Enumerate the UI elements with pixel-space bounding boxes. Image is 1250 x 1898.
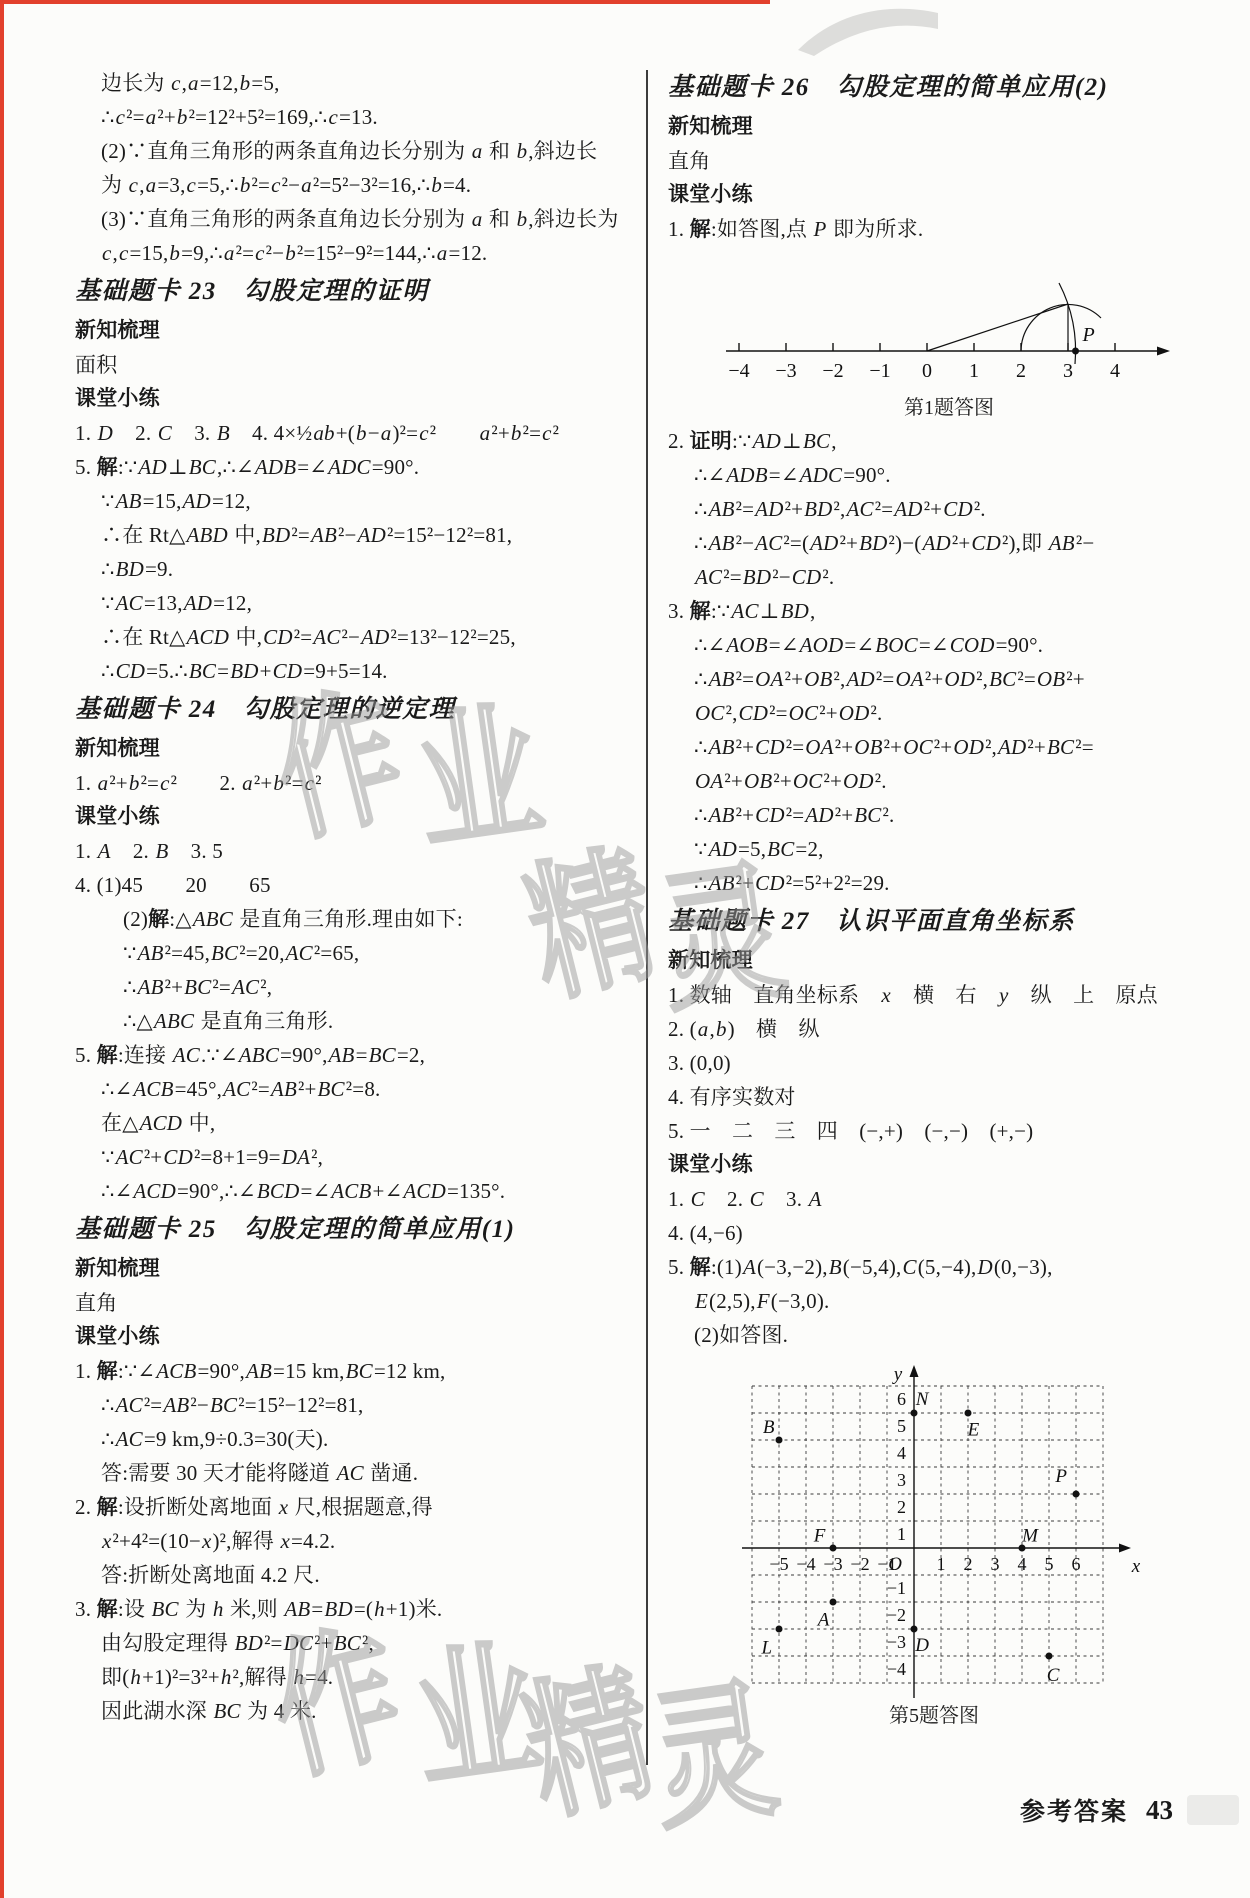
subsection-header: 课堂小练 — [668, 178, 1150, 212]
section-header: 基础题卡 23 勾股定理的证明 — [75, 270, 640, 314]
numberline-figure: −4−3−2−101234P第1题答图 — [714, 246, 1150, 422]
text-line: 由勾股定理得 BD²=DC²+BC², — [75, 1626, 640, 1660]
svg-text:D: D — [914, 1635, 929, 1656]
page-number: 43 — [1146, 1795, 1173, 1826]
text-line: 2. 解:设折断处离地面 x 尺,根据题意,得 — [75, 1490, 640, 1524]
svg-text:−4: −4 — [796, 1554, 815, 1574]
text-line: c,c=15,b=9,∴a²=c²−b²=15²−9²=144,∴a=12. — [75, 236, 640, 270]
svg-text:E: E — [967, 1420, 980, 1441]
text-line: 4. (1)45 20 65 — [75, 868, 640, 902]
text-line: ∵AB=15,AD=12, — [75, 484, 640, 518]
text-line: OC²,CD²=OC²+OD². — [668, 696, 1150, 730]
svg-text:L: L — [761, 1637, 773, 1658]
text-line: (2)解:△ABC 是直角三角形.理由如下: — [75, 902, 640, 936]
text-line: 直角 — [668, 144, 1150, 178]
svg-text:−3: −3 — [823, 1554, 842, 1574]
svg-text:3: 3 — [1063, 360, 1073, 382]
text-line: ∴AB²−AC²=(AD²+BD²)−(AD²+CD²),即 AB²− — [668, 526, 1150, 560]
svg-text:−4: −4 — [728, 360, 749, 382]
section-header: 基础题卡 24 勾股定理的逆定理 — [75, 688, 640, 732]
svg-text:4: 4 — [897, 1443, 906, 1463]
svg-text:4: 4 — [1018, 1554, 1027, 1574]
text-line: ∴CD=5.∴BC=BD+CD=9+5=14. — [75, 654, 640, 688]
text-line: ∴AB²=AD²+BD²,AC²=AD²+CD². — [668, 492, 1150, 526]
text-line: 1. 解:如答图,点 P 即为所求. — [668, 212, 1150, 246]
subsection-header: 课堂小练 — [75, 800, 640, 834]
text-line: 1. 解:∵∠ACB=90°,AB=15 km,BC=12 km, — [75, 1354, 640, 1388]
svg-text:2: 2 — [897, 1497, 906, 1517]
point-L — [776, 1626, 783, 1633]
text-line: 4. 有序实数对 — [668, 1080, 1150, 1114]
text-line: ∴c²=a²+b²=12²+5²=169,∴c=13. — [75, 100, 640, 134]
text-line: (2)∵直角三角形的两条直角边长分别为 a 和 b,斜边长 — [75, 134, 640, 168]
subsection-header: 新知梳理 — [75, 732, 640, 766]
svg-text:x: x — [1131, 1556, 1141, 1577]
svg-text:3: 3 — [991, 1554, 1000, 1574]
text-line: ∴∠AOB=∠AOD=∠BOC=∠COD=90°. — [668, 628, 1150, 662]
text-line: 3. 解:∵AC⊥BD, — [668, 594, 1150, 628]
text-line: 5. 解:连接 AC.∵∠ABC=90°,AB=BC=2, — [75, 1038, 640, 1072]
text-line: ∴∠ADB=∠ADC=90°. — [668, 458, 1150, 492]
footer-label: 参考答案 — [1020, 1792, 1128, 1828]
text-line: 5. 解:∵AD⊥BC,∴∠ADB=∠ADC=90°. — [75, 450, 640, 484]
point-F — [830, 1545, 837, 1552]
subsection-header: 新知梳理 — [75, 314, 640, 348]
text-line: 5. 解:(1)A(−3,−2),B(−5,4),C(5,−4),D(0,−3)… — [668, 1250, 1150, 1284]
subsection-header: 新知梳理 — [668, 944, 1150, 978]
text-line: 即(h+1)²=3²+h²,解得 h=4. — [75, 1660, 640, 1694]
workbook-answer-page: { "footer": {"label": "参考答案", "page": "4… — [0, 0, 1250, 1898]
text-line: 5. 一 二 三 四 (−,+) (−,−) (+,−) — [668, 1114, 1150, 1148]
text-line: ∴AC²=AB²−BC²=15²−12²=81, — [75, 1388, 640, 1422]
text-line: 因此湖水深 BC 为 4 米. — [75, 1694, 640, 1728]
svg-text:O: O — [888, 1554, 902, 1575]
text-line: 2. (a,b) 横 纵 — [668, 1012, 1150, 1046]
text-line: 1. A 2. B 3. 5 — [75, 834, 640, 868]
text-line: 答:需要 30 天才能将隧道 AC 凿通. — [75, 1456, 640, 1490]
text-line: ∴∠ACD=90°,∴∠BCD=∠ACB+∠ACD=135°. — [75, 1174, 640, 1208]
svg-text:2: 2 — [964, 1554, 973, 1574]
subsection-header: 课堂小练 — [75, 382, 640, 416]
svg-text:y: y — [892, 1364, 903, 1385]
svg-text:5: 5 — [1045, 1554, 1054, 1574]
svg-text:−2: −2 — [822, 360, 843, 382]
svg-text:−2: −2 — [850, 1554, 869, 1574]
text-line: x²+4²=(10−x)²,解得 x=4.2. — [75, 1524, 640, 1558]
text-line: ∵AD=5,BC=2, — [668, 832, 1150, 866]
text-line: 2. 证明:∵AD⊥BC, — [668, 424, 1150, 458]
point-D — [911, 1626, 918, 1633]
svg-text:4: 4 — [1110, 360, 1120, 382]
svg-text:−5: −5 — [769, 1554, 788, 1574]
text-line: ∴AB²+CD²=5²+2²=29. — [668, 866, 1150, 900]
section-header: 基础题卡 26 勾股定理的简单应用(2) — [668, 66, 1150, 110]
left-column: 边长为 c,a=12,b=5,∴c²=a²+b²=12²+5²=169,∴c=1… — [75, 66, 640, 1728]
text-line: E(2,5),F(−3,0). — [668, 1284, 1150, 1318]
text-line: ∴△ABC 是直角三角形. — [75, 1004, 640, 1038]
page-border-left — [0, 0, 4, 1898]
svg-text:P: P — [1082, 324, 1095, 346]
svg-text:0: 0 — [922, 360, 932, 382]
right-column: 基础题卡 26 勾股定理的简单应用(2)新知梳理直角课堂小练1. 解:如答图,点… — [668, 66, 1150, 1730]
text-line: 边长为 c,a=12,b=5, — [75, 66, 640, 100]
text-line: 3. 解:设 BC 为 h 米,则 AB=BD=(h+1)米. — [75, 1592, 640, 1626]
point-E — [965, 1410, 972, 1417]
text-line: AC²=BD²−CD². — [668, 560, 1150, 594]
text-line: ∴∠ACB=45°,AC²=AB²+BC²=8. — [75, 1072, 640, 1106]
subsection-header: 新知梳理 — [75, 1252, 640, 1286]
text-line: ∴在 Rt△ACD 中,CD²=AC²−AD²=13²−12²=25, — [75, 620, 640, 654]
svg-text:1: 1 — [937, 1554, 946, 1574]
svg-text:−3: −3 — [887, 1632, 906, 1652]
text-line: 直角 — [75, 1286, 640, 1320]
text-line: 面积 — [75, 348, 640, 382]
point-B — [776, 1437, 783, 1444]
text-line: 3. (0,0) — [668, 1046, 1150, 1080]
text-line: (3)∵直角三角形的两条直角边长分别为 a 和 b,斜边长为 — [75, 202, 640, 236]
text-line: 1. 数轴 直角坐标系 x 横 右 y 纵 上 原点 — [668, 978, 1150, 1012]
figure-caption: 第5题答图 — [734, 1702, 1134, 1730]
section-header: 基础题卡 25 勾股定理的简单应用(1) — [75, 1208, 640, 1252]
text-line: ∴AB²=OA²+OB²,AD²=OA²+OD²,BC²=OB²+ — [668, 662, 1150, 696]
svg-text:−2: −2 — [887, 1605, 906, 1625]
text-line: 为 c,a=3,c=5,∴b²=c²−a²=5²−3²=16,∴b=4. — [75, 168, 640, 202]
section-header: 基础题卡 27 认识平面直角坐标系 — [668, 900, 1150, 944]
svg-text:5: 5 — [897, 1416, 906, 1436]
text-line: ∵AB²=45,BC²=20,AC²=65, — [75, 936, 640, 970]
text-line: ∴AB²+BC²=AC², — [75, 970, 640, 1004]
text-line: ∴BD=9. — [75, 552, 640, 586]
svg-text:C: C — [1047, 1665, 1060, 1686]
svg-text:M: M — [1021, 1526, 1039, 1547]
text-line: 1. D 2. C 3. B 4. 4×½ab+(b−a)²=c² a²+b²=… — [75, 416, 640, 450]
svg-text:B: B — [763, 1417, 775, 1438]
svg-text:N: N — [915, 1389, 930, 1410]
svg-text:−1: −1 — [869, 360, 890, 382]
figure-caption: 第1题答图 — [714, 394, 1184, 422]
page-curl-decoration — [792, 0, 942, 56]
svg-text:6: 6 — [1072, 1554, 1081, 1574]
point-P — [1073, 1491, 1080, 1498]
svg-text:6: 6 — [897, 1389, 906, 1409]
text-line: ∴在 Rt△ABD 中,BD²=AB²−AD²=15²−12²=81, — [75, 518, 640, 552]
footer-stamp-blob — [1187, 1795, 1239, 1825]
svg-text:2: 2 — [1016, 360, 1026, 382]
point-A — [830, 1599, 837, 1606]
text-line: 4. (4,−6) — [668, 1216, 1150, 1250]
coordinate-grid-figure: −5−4−3−2−1123456654321−1−2−3−4OxyABCDEFL… — [734, 1356, 1150, 1730]
page-border-top — [0, 0, 770, 4]
text-line: ∴AB²+CD²=AD²+BC². — [668, 798, 1150, 832]
svg-text:3: 3 — [897, 1470, 906, 1490]
svg-text:−4: −4 — [887, 1659, 906, 1679]
svg-text:1: 1 — [969, 360, 979, 382]
text-line: ∵AC²+CD²=8+1=9=DA², — [75, 1140, 640, 1174]
text-line: ∴AC=9 km,9÷0.3=30(天). — [75, 1422, 640, 1456]
svg-text:P: P — [1054, 1466, 1067, 1487]
svg-text:F: F — [813, 1526, 826, 1547]
page-footer: 参考答案 43 — [1020, 1792, 1239, 1828]
text-line: OA²+OB²+OC²+OD². — [668, 764, 1150, 798]
text-line: 1. C 2. C 3. A — [668, 1182, 1150, 1216]
svg-text:A: A — [816, 1610, 830, 1631]
point-N — [911, 1410, 918, 1417]
text-line: 在△ACD 中, — [75, 1106, 640, 1140]
svg-text:−1: −1 — [887, 1578, 906, 1598]
subsection-header: 课堂小练 — [75, 1320, 640, 1354]
point-C — [1046, 1653, 1053, 1660]
text-line: ∴AB²+CD²=OA²+OB²+OC²+OD²,AD²+BC²= — [668, 730, 1150, 764]
text-line: ∵AC=13,AD=12, — [75, 586, 640, 620]
svg-text:1: 1 — [897, 1524, 906, 1544]
text-line: (2)如答图. — [668, 1318, 1150, 1352]
text-line: 1. a²+b²=c² 2. a²+b²=c² — [75, 766, 640, 800]
svg-text:−3: −3 — [775, 360, 796, 382]
text-line: 答:折断处离地面 4.2 尺. — [75, 1558, 640, 1592]
subsection-header: 新知梳理 — [668, 110, 1150, 144]
subsection-header: 课堂小练 — [668, 1148, 1150, 1182]
column-divider — [646, 70, 648, 1765]
